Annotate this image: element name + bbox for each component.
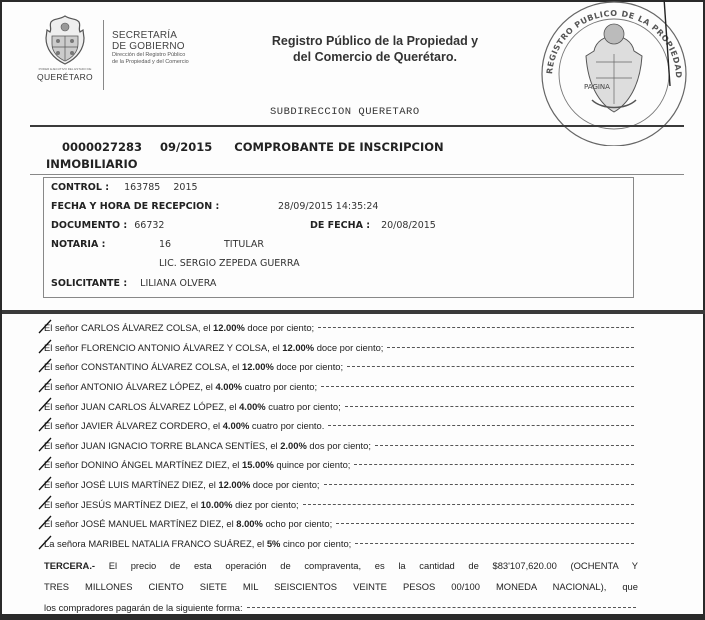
notaria-role: TITULAR xyxy=(224,239,264,250)
owner-name: JAVIER ÁLVAREZ CORDERO, xyxy=(81,420,210,431)
registration-info-box: CONTROL : 163785 2015 FECHA Y HORA DE RE… xyxy=(43,177,634,298)
clause-tercera: TERCERA.- El precio de esta operación de… xyxy=(44,555,674,618)
folio-number: 0000027283 xyxy=(62,140,142,154)
owner-line: El señor JOSÉ MANUEL MARTÍNEZ DIEZ, el 8… xyxy=(42,514,672,534)
owner-text: El señor JUAN CARLOS ÁLVAREZ LÓPEZ, el 4… xyxy=(44,401,341,412)
owner-name: ANTONIO ÁLVAREZ LÓPEZ, xyxy=(81,381,203,392)
fill-dashes xyxy=(318,327,634,328)
header-divider xyxy=(103,20,104,90)
owner-percent-words: cinco por ciento; xyxy=(283,538,351,549)
owner-percent-words: cuatro por ciento; xyxy=(245,381,317,392)
clause-line2: TRES MILLONES CIENTO SIETE MIL SEISCIENT… xyxy=(44,576,674,597)
handwritten-check-icon xyxy=(38,535,52,551)
handwritten-check-icon xyxy=(38,339,52,355)
owner-el: el xyxy=(232,361,239,372)
logo-city: QUERÉTARO xyxy=(36,72,94,82)
document-page: PODER EJECUTIVO DEL ESTADO DE QUERÉTARO … xyxy=(0,0,705,620)
registry-title: Registro Público de la Propiedad y del C… xyxy=(240,33,510,65)
secretaria-line1: SECRETARÍA xyxy=(112,30,189,41)
handwritten-check-icon xyxy=(38,476,52,492)
owner-percent-words: ocho por ciento; xyxy=(265,518,332,529)
page-bottom-edge xyxy=(2,614,705,620)
direccion-line2: de la Propiedad y del Comercio xyxy=(112,59,189,66)
owner-percent: 4.00% xyxy=(215,381,242,392)
owner-line: El señor CARLOS ÁLVAREZ COLSA, el 12.00%… xyxy=(42,318,672,338)
owner-name: CONSTANTINO ÁLVAREZ COLSA, xyxy=(81,361,229,372)
reception-label: FECHA Y HORA DE RECEPCION : xyxy=(51,201,219,212)
receipt-title: COMPROBANTE DE INSCRIPCION xyxy=(234,140,443,154)
owner-percent: 12.00% xyxy=(213,322,245,333)
owner-line: El señor JOSÉ LUIS MARTÍNEZ DIEZ, el 12.… xyxy=(42,475,672,495)
owner-text: El señor CONSTANTINO ÁLVAREZ COLSA, el 1… xyxy=(44,361,343,372)
owner-percent-words: quince por ciento; xyxy=(276,459,350,470)
receipt-rule xyxy=(30,174,684,175)
notario-name: LIC. SERGIO ZEPEDA GUERRA xyxy=(159,258,300,269)
owner-text: El señor JOSÉ MANUEL MARTÍNEZ DIEZ, el 8… xyxy=(44,518,332,529)
owner-line: El señor JUAN IGNACIO TORRE BLANCA SENTÍ… xyxy=(42,436,672,456)
owner-line: El señor DONINO ÁNGEL MARTÍNEZ DIEZ, el … xyxy=(42,455,672,475)
owner-percent: 5% xyxy=(267,538,281,549)
logo-small-text: PODER EJECUTIVO DEL ESTADO DE xyxy=(36,67,94,71)
owner-line: El señor JUAN CARLOS ÁLVAREZ LÓPEZ, el 4… xyxy=(42,396,672,416)
owner-percent: 12.00% xyxy=(218,479,250,490)
handwritten-check-icon xyxy=(38,378,52,394)
owner-name: JOSÉ LUIS MARTÍNEZ DIEZ, xyxy=(81,479,206,490)
documento-value: 66732 xyxy=(134,220,164,231)
fill-dashes xyxy=(387,347,634,348)
owner-name: JOSÉ MANUEL MARTÍNEZ DIEZ, xyxy=(81,518,224,529)
notaria-label: NOTARIA : xyxy=(51,239,105,250)
notaria-number: 16 xyxy=(159,239,171,250)
fill-dashes xyxy=(354,464,634,465)
handwritten-check-icon xyxy=(38,495,52,511)
fill-dashes xyxy=(336,523,634,524)
fill-dashes xyxy=(324,484,634,485)
owner-line: El señor FLORENCIO ANTONIO ÁLVAREZ Y COL… xyxy=(42,338,672,358)
owner-text: El señor DONINO ÁNGEL MARTÍNEZ DIEZ, el … xyxy=(44,459,350,470)
owner-el: el xyxy=(272,342,279,353)
handwritten-check-icon xyxy=(38,397,52,413)
owner-text: El señor JUAN IGNACIO TORRE BLANCA SENTÍ… xyxy=(44,440,371,451)
owner-percent-words: dos por ciento; xyxy=(309,440,371,451)
owner-el: el xyxy=(203,322,210,333)
owner-text: La señora MARIBEL NATALIA FRANCO SUÁREZ,… xyxy=(44,538,351,549)
handwritten-check-icon xyxy=(38,456,52,472)
owner-percent: 15.00% xyxy=(242,459,274,470)
owner-line: El señor JESÚS MARTÍNEZ DIEZ, el 10.00% … xyxy=(42,494,672,514)
handwritten-check-icon xyxy=(38,319,52,335)
control-year: 2015 xyxy=(173,182,197,193)
receipt-header: 000002728309/2015COMPROBANTE DE INSCRIPC… xyxy=(62,140,462,154)
owner-percent: 4.00% xyxy=(223,420,250,431)
direccion-line1: Dirección del Registro Público xyxy=(112,52,189,59)
owner-el: el xyxy=(206,381,213,392)
fill-dashes xyxy=(347,366,634,367)
owner-percent-words: cuatro por ciento. xyxy=(252,420,324,431)
section-divider xyxy=(2,310,705,314)
owner-name: JUAN IGNACIO TORRE BLANCA SENTÍES, xyxy=(81,440,268,451)
secretaria-block: SECRETARÍA DE GOBIERNO Dirección del Reg… xyxy=(112,30,189,66)
handwritten-check-icon xyxy=(38,437,52,453)
owner-line: El señor CONSTANTINO ÁLVAREZ COLSA, el 1… xyxy=(42,357,672,377)
fill-dashes xyxy=(375,445,634,446)
fill-dashes xyxy=(355,543,634,544)
owner-name: CARLOS ÁLVAREZ COLSA, xyxy=(81,322,200,333)
owner-name: JESÚS MARTÍNEZ DIEZ, xyxy=(81,499,188,510)
reception-value: 28/09/2015 14:35:24 xyxy=(278,201,378,212)
owner-percent-words: doce por ciento; xyxy=(247,322,314,333)
handwritten-check-icon xyxy=(38,358,52,374)
receipt-subtitle: INMOBILIARIO xyxy=(46,157,138,171)
solicitante-value: LILIANA OLVERA xyxy=(140,278,216,289)
de-fecha-value: 20/08/2015 xyxy=(381,220,436,231)
handwritten-check-icon xyxy=(38,417,52,433)
owner-el: el xyxy=(191,499,198,510)
handwritten-check-icon xyxy=(38,515,52,531)
owner-el: el xyxy=(208,479,215,490)
clause-line1: TERCERA.- El precio de esta operación de… xyxy=(44,555,674,576)
owner-percent-words: cuatro por ciento; xyxy=(268,401,340,412)
owner-percent: 8.00% xyxy=(236,518,263,529)
secretaria-line2: DE GOBIERNO xyxy=(112,41,189,52)
fill-dashes xyxy=(303,504,634,505)
owner-name: JUAN CARLOS ÁLVAREZ LÓPEZ, xyxy=(81,401,227,412)
owner-el: el xyxy=(226,518,233,529)
owner-text: El señor CARLOS ÁLVAREZ COLSA, el 12.00%… xyxy=(44,322,314,333)
control-number: 163785 xyxy=(124,182,160,193)
solicitante-label: SOLICITANTE : xyxy=(51,278,127,289)
subdireccion-label: SUBDIRECCION QUERETARO xyxy=(270,106,420,118)
owner-percent: 4.00% xyxy=(239,401,266,412)
owner-percent-words: doce por ciento; xyxy=(317,342,384,353)
owner-percent: 12.00% xyxy=(282,342,314,353)
header-rule xyxy=(30,125,684,127)
registry-title-line2: del Comercio de Querétaro. xyxy=(240,49,510,65)
owner-percent-words: diez por ciento; xyxy=(235,499,299,510)
owner-el: el xyxy=(213,420,220,431)
owner-el: el xyxy=(270,440,277,451)
de-fecha-label: DE FECHA : xyxy=(310,220,370,231)
owner-percent: 12.00% xyxy=(242,361,274,372)
owner-el: el xyxy=(229,401,236,412)
documento-label: DOCUMENTO : xyxy=(51,220,127,231)
owner-line: El señor ANTONIO ÁLVAREZ LÓPEZ, el 4.00%… xyxy=(42,377,672,397)
fill-dashes xyxy=(345,406,634,407)
folio-period: 09/2015 xyxy=(160,140,212,154)
owner-percent-words: doce por ciento; xyxy=(253,479,320,490)
control-label: CONTROL : xyxy=(51,182,109,193)
fill-dashes xyxy=(328,425,634,426)
registry-title-line1: Registro Público de la Propiedad y xyxy=(240,33,510,49)
owner-el: el xyxy=(232,459,239,470)
owner-text: El señor JOSÉ LUIS MARTÍNEZ DIEZ, el 12.… xyxy=(44,479,320,490)
owner-text: El señor JESÚS MARTÍNEZ DIEZ, el 10.00% … xyxy=(44,499,299,510)
owner-name: DONINO ÁNGEL MARTÍNEZ DIEZ, xyxy=(81,459,229,470)
owner-text: El señor FLORENCIO ANTONIO ÁLVAREZ Y COL… xyxy=(44,342,383,353)
owner-name: FLORENCIO ANTONIO ÁLVAREZ Y COLSA, xyxy=(81,342,270,353)
owner-text: El señor ANTONIO ÁLVAREZ LÓPEZ, el 4.00%… xyxy=(44,381,317,392)
clause-label: TERCERA.- xyxy=(44,560,95,571)
owner-percent: 10.00% xyxy=(201,499,233,510)
fill-dashes xyxy=(321,386,634,387)
owner-percent: 2.00% xyxy=(280,440,307,451)
owner-percent-words: doce por ciento; xyxy=(276,361,343,372)
ownership-list: El señor CARLOS ÁLVAREZ COLSA, el 12.00%… xyxy=(42,318,672,553)
owner-line: La señora MARIBEL NATALIA FRANCO SUÁREZ,… xyxy=(42,534,672,554)
owner-text: El señor JAVIER ÁLVAREZ CORDERO, el 4.00… xyxy=(44,420,324,431)
owner-name: MARIBEL NATALIA FRANCO SUÁREZ, xyxy=(88,538,254,549)
coat-of-arms-icon xyxy=(42,14,88,66)
queretaro-logo: PODER EJECUTIVO DEL ESTADO DE QUERÉTARO xyxy=(36,14,94,92)
seal-inner-text: PAGINA xyxy=(584,83,610,91)
fill-dashes xyxy=(247,607,636,608)
owner-el: el xyxy=(257,538,264,549)
owner-line: El señor JAVIER ÁLVAREZ CORDERO, el 4.00… xyxy=(42,416,672,436)
